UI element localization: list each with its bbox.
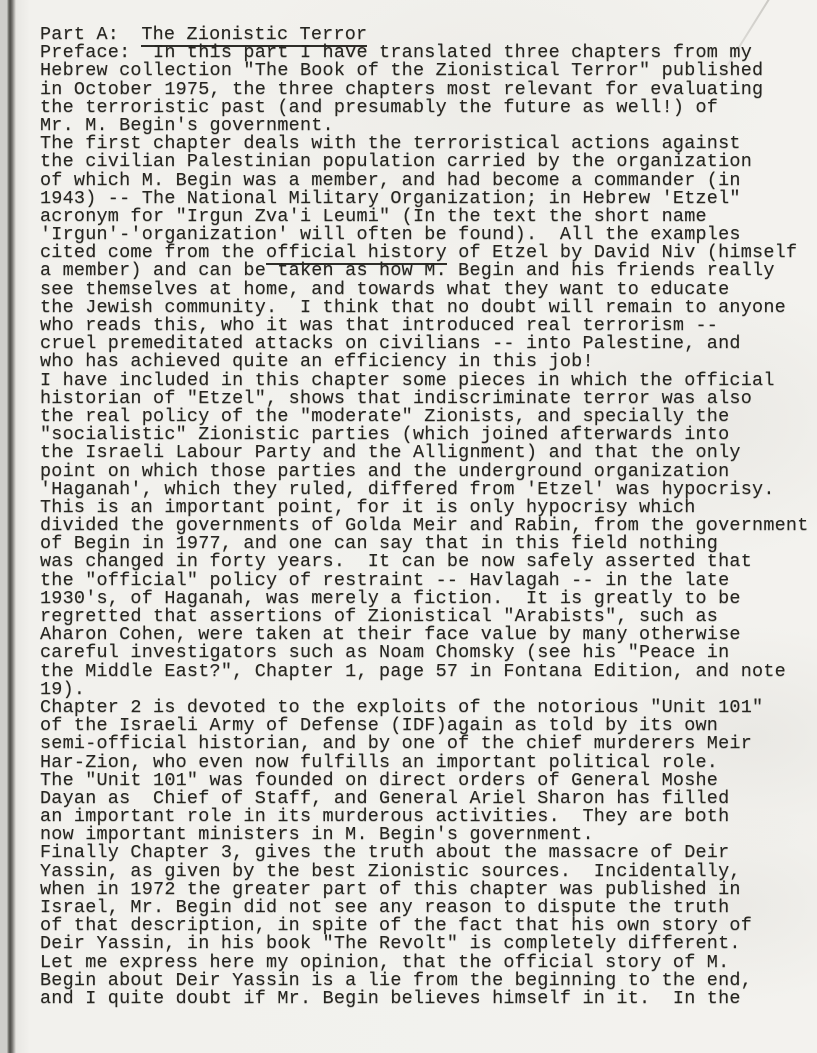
text-line: semi-official historian, and by one of t…	[40, 735, 817, 753]
text-line: the Israeli Labour Party and the Allignm…	[40, 444, 817, 462]
text-line: who has achieved quite an efficiency in …	[40, 353, 817, 371]
text-line: Finally Chapter 3, gives the truth about…	[40, 844, 817, 862]
text-line: Hebrew collection "The Book of the Zioni…	[40, 62, 817, 80]
text-line: and I quite doubt if Mr. Begin believes …	[40, 990, 817, 1008]
text-line: a member) and can be taken as how M. Beg…	[40, 262, 817, 280]
text-line: careful investigators such as Noam Choms…	[40, 644, 817, 662]
document-text: Part A:The Zionistic Terror Preface: In …	[0, 0, 817, 1053]
text-line: point on which those parties and the und…	[40, 463, 817, 481]
text-line: of which M. Begin was a member, and had …	[40, 172, 817, 190]
document-body: Preface: In this part I have translated …	[40, 44, 817, 1008]
text-line: Deir Yassin, in his book "The Revolt" is…	[40, 935, 817, 953]
text-line: Har-Zion, who even now fulfills an impor…	[40, 754, 817, 772]
text-line: was changed in forty years. It can be no…	[40, 553, 817, 571]
text-line: the Middle East?", Chapter 1, page 57 in…	[40, 663, 817, 681]
scanned-document-page: { "document": { "header": { "part_label"…	[0, 0, 817, 1053]
text-line: the civilian Palestinian population carr…	[40, 153, 817, 171]
